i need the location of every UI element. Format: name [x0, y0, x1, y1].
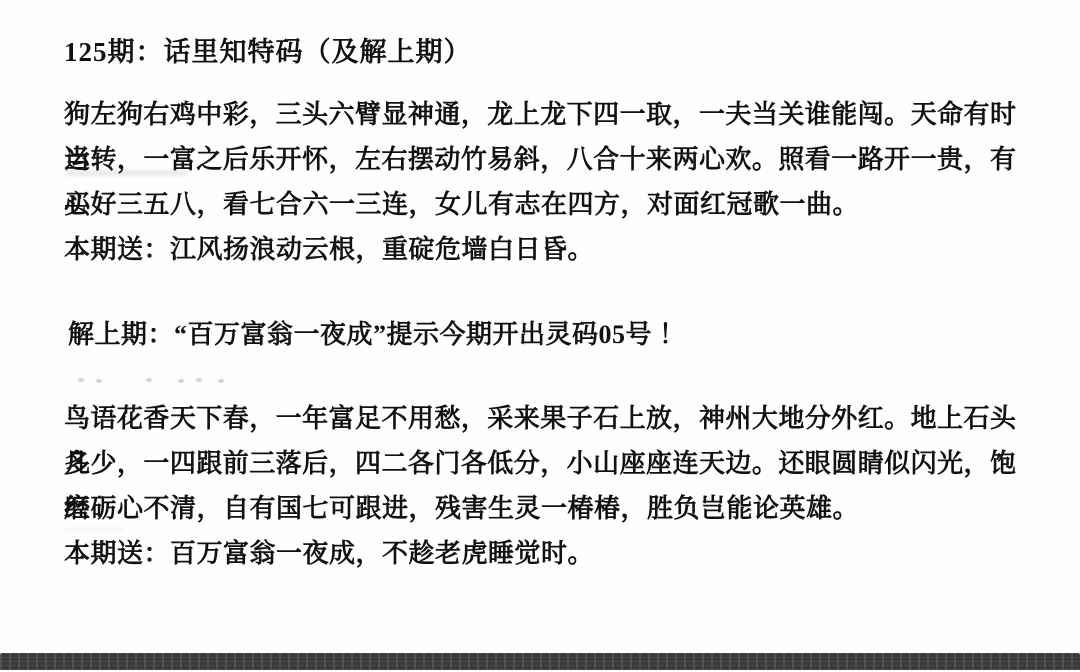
verse-line: 鸟语花香天下春，一年富足不用愁，采来果子石上放，神州大地分外红。地上石头几: [64, 396, 1016, 441]
scan-artifact: [182, 322, 196, 326]
verse-paragraph-2: 鸟语花香天下春，一年富足不用愁，采来果子石上放，神州大地分外红。地上石头几 多少…: [64, 396, 1016, 576]
scan-artifact: [218, 379, 224, 383]
scan-artifact: [66, 170, 186, 176]
verse-line: 狗左狗右鸡中彩，三头六臂显神通，龙上龙下四一取，一夫当关谁能闯。天命有时运: [64, 92, 1016, 137]
page-title: 125期：话里知特码（及解上期）: [64, 30, 472, 69]
verse-paragraph-1: 狗左狗右鸡中彩，三头六臂显神通，龙上龙下四一取，一夫当关谁能闯。天命有时运 当转…: [64, 92, 1016, 272]
verse-line: 磨砺心不清，自有国七可跟进，残害生灵一椿椿，胜负岂能论英雄。: [64, 486, 1016, 531]
verse-line: 当转，一富之后乐开怀，左右摆动竹易斜，八合十来两心欢。照看一路开一贵，有心: [64, 137, 1016, 182]
scan-artifact: [64, 528, 124, 532]
scan-artifact: [196, 378, 202, 382]
scan-artifact: [78, 378, 84, 382]
gift-line: 本期送：百万富翁一夜成，不趁老虎睡觉时。: [64, 531, 1016, 576]
verse-line: 多少，一四跟前三落后，四二各门各低分，小山座座连天边。还眼圆睛似闪光，饱经: [64, 441, 1016, 486]
bottom-scan-band: [0, 653, 1080, 670]
gift-line: 本期送：江风扬浪动云根，重碇危墙白日昏。: [64, 227, 1016, 272]
scan-artifact: [178, 379, 184, 383]
verse-line: 买好三五八，看七合六一三连，女儿有志在四方，对面红冠歌一曲。: [64, 182, 1016, 227]
scan-artifact: [96, 379, 102, 383]
scanned-document-page: 125期：话里知特码（及解上期） 狗左狗右鸡中彩，三头六臂显神通，龙上龙下四一取…: [0, 0, 1080, 672]
scan-artifact: [146, 378, 152, 382]
previous-issue-solution-note: 解上期：“百万富翁一夜成”提示今期开出灵码05号 ！: [68, 314, 686, 351]
